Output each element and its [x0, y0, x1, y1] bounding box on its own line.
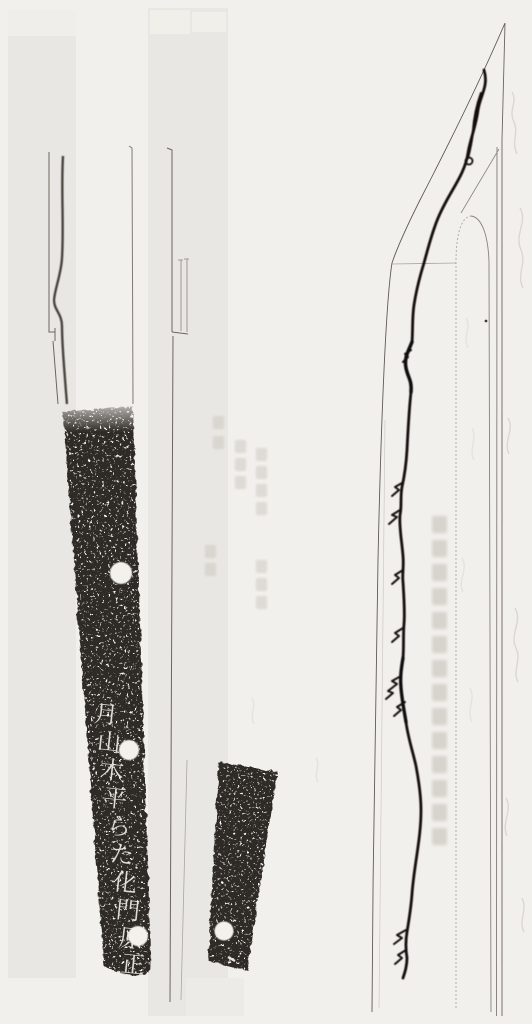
inscription-char: 月 — [93, 699, 120, 729]
blade3-mune-inner-line — [497, 147, 498, 1016]
mekugi-ana-hole — [128, 926, 148, 946]
inscription-char: 平 — [102, 783, 129, 813]
oshigata-scan-page: 月 山 木 平 ら た 化 門 原 正 — [0, 0, 532, 1024]
mekugi-ana-hole — [215, 922, 234, 941]
inscription-char: た — [109, 839, 136, 869]
inscription-char: 門 — [115, 895, 142, 925]
inscription-char: 正 — [120, 949, 147, 979]
inscription-char: 化 — [112, 867, 139, 897]
inscription-char: 山 — [96, 727, 123, 757]
mekugi-ana-hole — [110, 562, 132, 584]
oshigata-scan-canvas: 月 山 木 平 ら た 化 門 原 正 — [0, 0, 532, 1024]
mekugi-ana-hole — [119, 740, 139, 760]
scan-band-left — [8, 10, 76, 978]
inscription-char: 木 — [99, 755, 126, 785]
ink-speck — [485, 320, 488, 323]
inscription-char: ら — [106, 811, 133, 841]
